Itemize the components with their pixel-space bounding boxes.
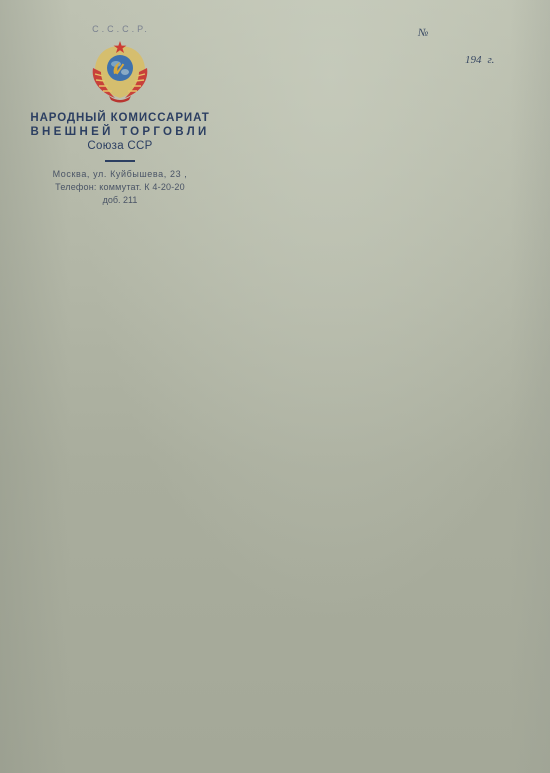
address-extension: доб. 211 [22,194,218,207]
ussr-state-emblem-icon [85,38,155,104]
letterhead-divider [105,160,135,162]
paper-shadow-right [510,0,550,773]
letterhead-block: С.С.С.Р. НАРОДНЫЙ КОМИССАРИАТ ВНЕШНЕЙ ТО… [22,24,218,207]
country-abbreviation: С.С.С.Р. [24,24,218,34]
letterhead-page: С.С.С.Р. НАРОДНЫЙ КОМИССАРИАТ ВНЕШНЕЙ ТО… [0,0,550,773]
organization-name-line3: Союза ССР [22,140,218,152]
document-number-label: № [418,27,428,39]
address-phone: Телефон: коммутат. К 4-20-20 [22,181,218,194]
organization-name-line2: ВНЕШНЕЙ ТОРГОВЛИ [22,126,218,138]
organization-name-line1: НАРОДНЫЙ КОМИССАРИАТ [22,112,218,124]
year-suffix: г. [488,54,495,66]
year-prefix: 194 [465,54,482,66]
document-date-year: 194г. [465,54,494,66]
address-street: Москва, ул. Куйбышева, 23 , [22,168,218,181]
